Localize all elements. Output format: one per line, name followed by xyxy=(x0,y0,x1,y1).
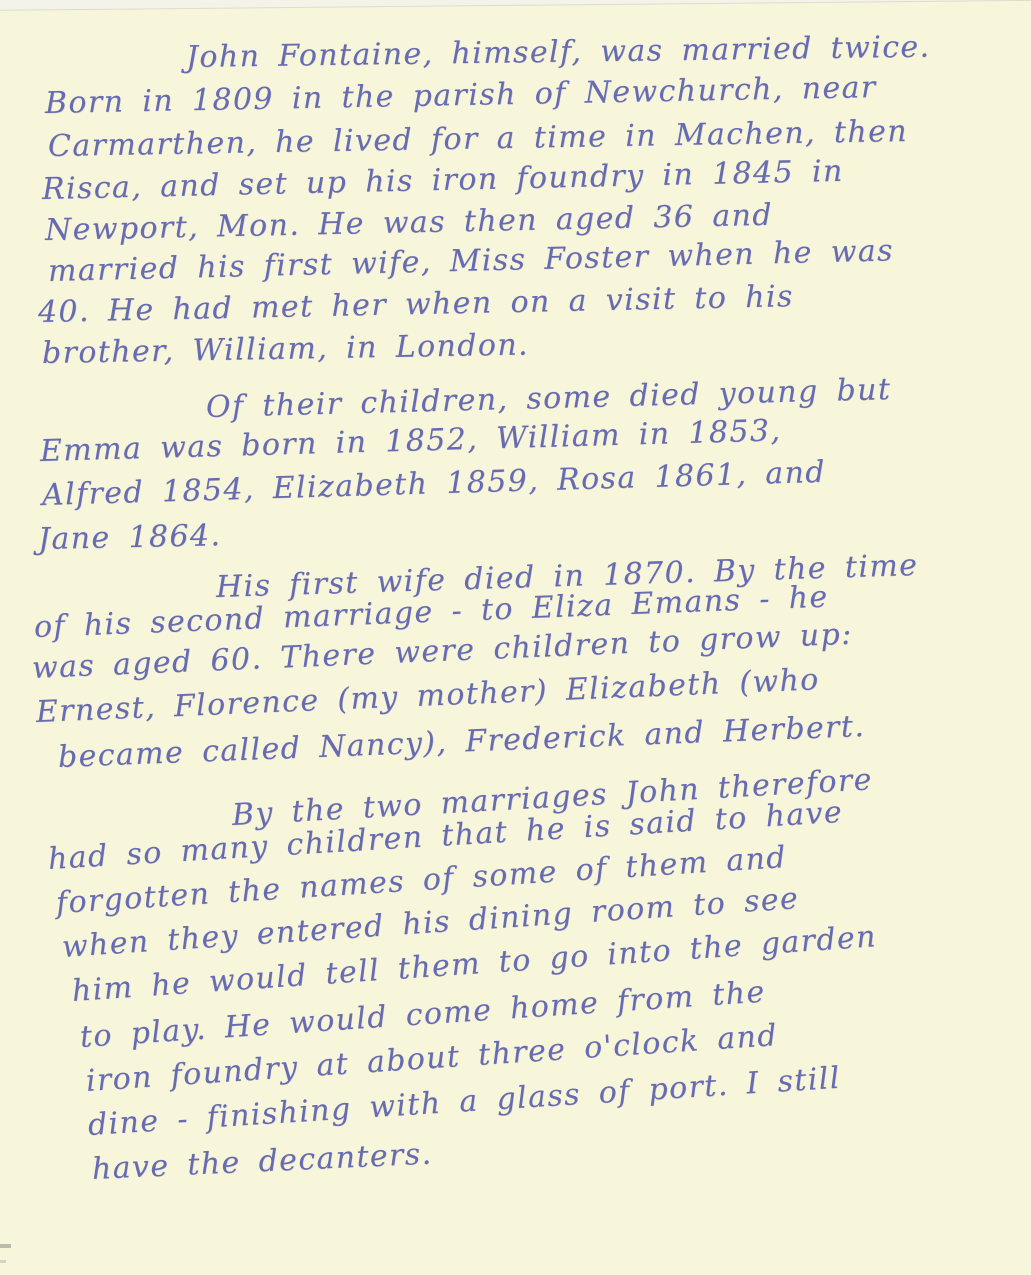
handwritten-line: John Fontaine, himself, was married twic… xyxy=(186,30,931,75)
handwritten-line: have the decanters. xyxy=(91,1137,433,1187)
handwriting-text-block: John Fontaine, himself, was married twic… xyxy=(0,0,1031,1275)
handwritten-line: Jane 1864. xyxy=(38,518,222,557)
handwritten-line: brother, William, in London. xyxy=(42,328,530,371)
handwritten-line: 40. He had met her when on a visit to hi… xyxy=(38,279,794,330)
handwritten-line: Of their children, some died young but xyxy=(206,372,892,425)
handwritten-line: Born in 1809 in the parish of Newchurch,… xyxy=(45,70,877,121)
handwritten-page: John Fontaine, himself, was married twic… xyxy=(0,0,1031,1275)
